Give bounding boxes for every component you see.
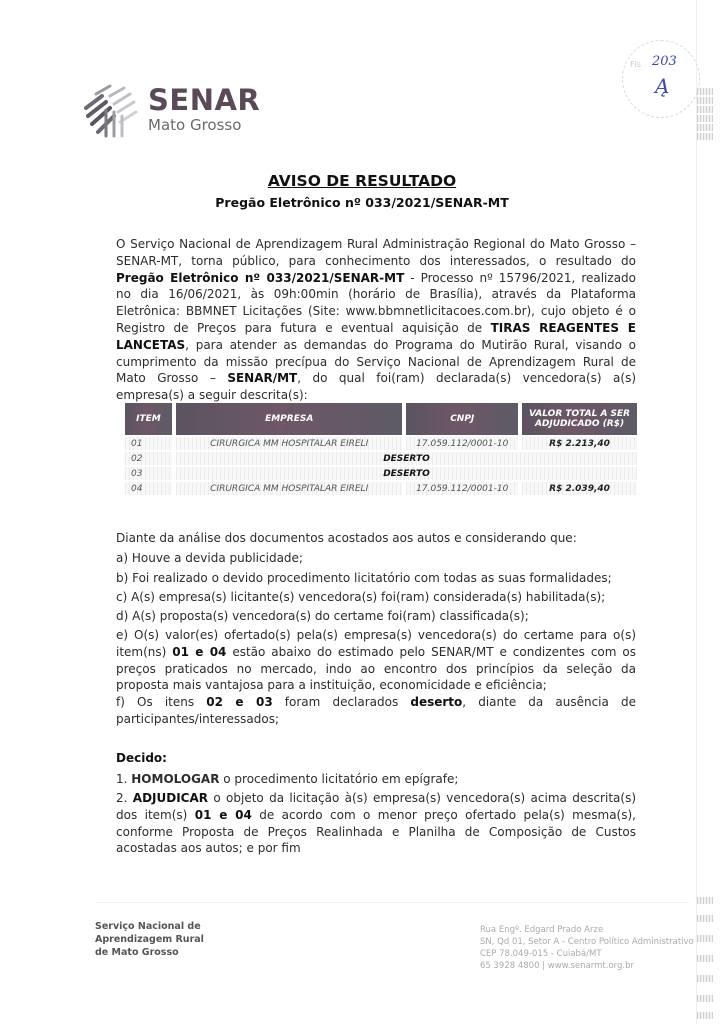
cell-status: DESERTO — [176, 452, 637, 465]
scan-edge-artifact — [697, 133, 713, 140]
scan-edge-artifact — [697, 915, 713, 922]
document-page: Fls 203 Ą SENAR Mato Grosso — [0, 0, 724, 1024]
scan-edge-artifact — [697, 115, 713, 122]
footer-organization: Serviço Nacional de Aprendizagem Rural d… — [95, 920, 204, 959]
table-row: 04 CIRURGICA MM HOSPITALAR EIRELI 17.059… — [125, 482, 637, 495]
cell-item: 02 — [125, 452, 172, 465]
cell-item: 01 — [125, 437, 172, 450]
results-table: ITEM EMPRESA CNPJ VALOR TOTAL A SER ADJU… — [121, 401, 641, 497]
table-row: 01 CIRURGICA MM HOSPITALAR EIRELI 17.059… — [125, 437, 637, 450]
footer-divider — [95, 902, 690, 903]
consideration-e: e) O(s) valor(es) ofertado(s) pela(s) em… — [116, 627, 636, 694]
cell-status: DESERTO — [176, 467, 637, 480]
consideration-a: a) Houve a devida publicidade; — [116, 550, 636, 567]
cell-item: 03 — [125, 467, 172, 480]
header-cnpj: CNPJ — [406, 403, 518, 435]
cell-cnpj: 17.059.112/0001-10 — [406, 482, 518, 495]
scan-edge-artifact — [697, 88, 713, 95]
table-header-row: ITEM EMPRESA CNPJ VALOR TOTAL A SER ADJU… — [125, 403, 637, 435]
logo-subtitle: Mato Grosso — [148, 116, 260, 134]
header-item: ITEM — [125, 403, 172, 435]
intro-paragraph: O Serviço Nacional de Aprendizagem Rural… — [116, 236, 636, 404]
cell-item: 04 — [125, 482, 172, 495]
cell-valor: R$ 2.213,40 — [522, 437, 637, 450]
consideration-d: d) A(s) proposta(s) vencedora(s) do cert… — [116, 608, 636, 625]
decision-item-1: 1. HOMOLOGAR o procedimento licitatório … — [116, 771, 636, 788]
document-title: AVISO DE RESULTADO — [0, 172, 724, 190]
cell-empresa: CIRURGICA MM HOSPITALAR EIRELI — [176, 482, 402, 495]
footer-address: Rua Engº. Edgard Prado Arze SN, Qd 01, S… — [480, 924, 694, 972]
header-empresa: EMPRESA — [176, 403, 402, 435]
stamp-page-number: 203 — [652, 54, 677, 69]
logo-name: SENAR — [148, 85, 260, 115]
scan-edge-artifact — [697, 995, 713, 1002]
document-subtitle: Pregão Eletrônico nº 033/2021/SENAR-MT — [0, 195, 724, 210]
scan-edge-artifact — [697, 97, 713, 104]
scan-edge-artifact — [697, 955, 713, 962]
consideration-c: c) A(s) empresa(s) licitante(s) vencedor… — [116, 589, 636, 606]
cell-cnpj: 17.059.112/0001-10 — [406, 437, 518, 450]
consideration-b: b) Foi realizado o devido procedimento l… — [116, 570, 636, 587]
scan-edge-artifact — [697, 124, 713, 131]
scan-edge-artifact — [697, 106, 713, 113]
scan-edge-artifact — [697, 935, 713, 942]
decision-heading: Decido: — [116, 750, 636, 767]
cell-valor: R$ 2.039,40 — [522, 482, 637, 495]
senar-logo: SENAR Mato Grosso — [80, 80, 260, 138]
scan-edge-artifact — [697, 897, 713, 904]
scan-edge-artifact — [697, 1012, 713, 1019]
header-valor: VALOR TOTAL A SER ADJUDICADO (R$) — [522, 403, 637, 435]
consideration-f: f) Os itens 02 e 03 foram declarados des… — [116, 694, 636, 728]
table-row: 02 DESERTO — [125, 452, 637, 465]
table-row: 03 DESERTO — [125, 467, 637, 480]
considerations-intro: Diante da análise dos documentos acostad… — [116, 530, 636, 547]
senar-wheat-icon — [80, 80, 140, 138]
cell-empresa: CIRURGICA MM HOSPITALAR EIRELI — [176, 437, 402, 450]
stamp-signature: Ą — [655, 74, 669, 98]
scan-edge-artifact — [697, 975, 713, 982]
decision-item-2: 2. ADJUDICAR o objeto da licitação à(s) … — [116, 790, 636, 857]
stamp-label: Fls — [630, 60, 641, 69]
scan-edge-line — [696, 0, 697, 1024]
